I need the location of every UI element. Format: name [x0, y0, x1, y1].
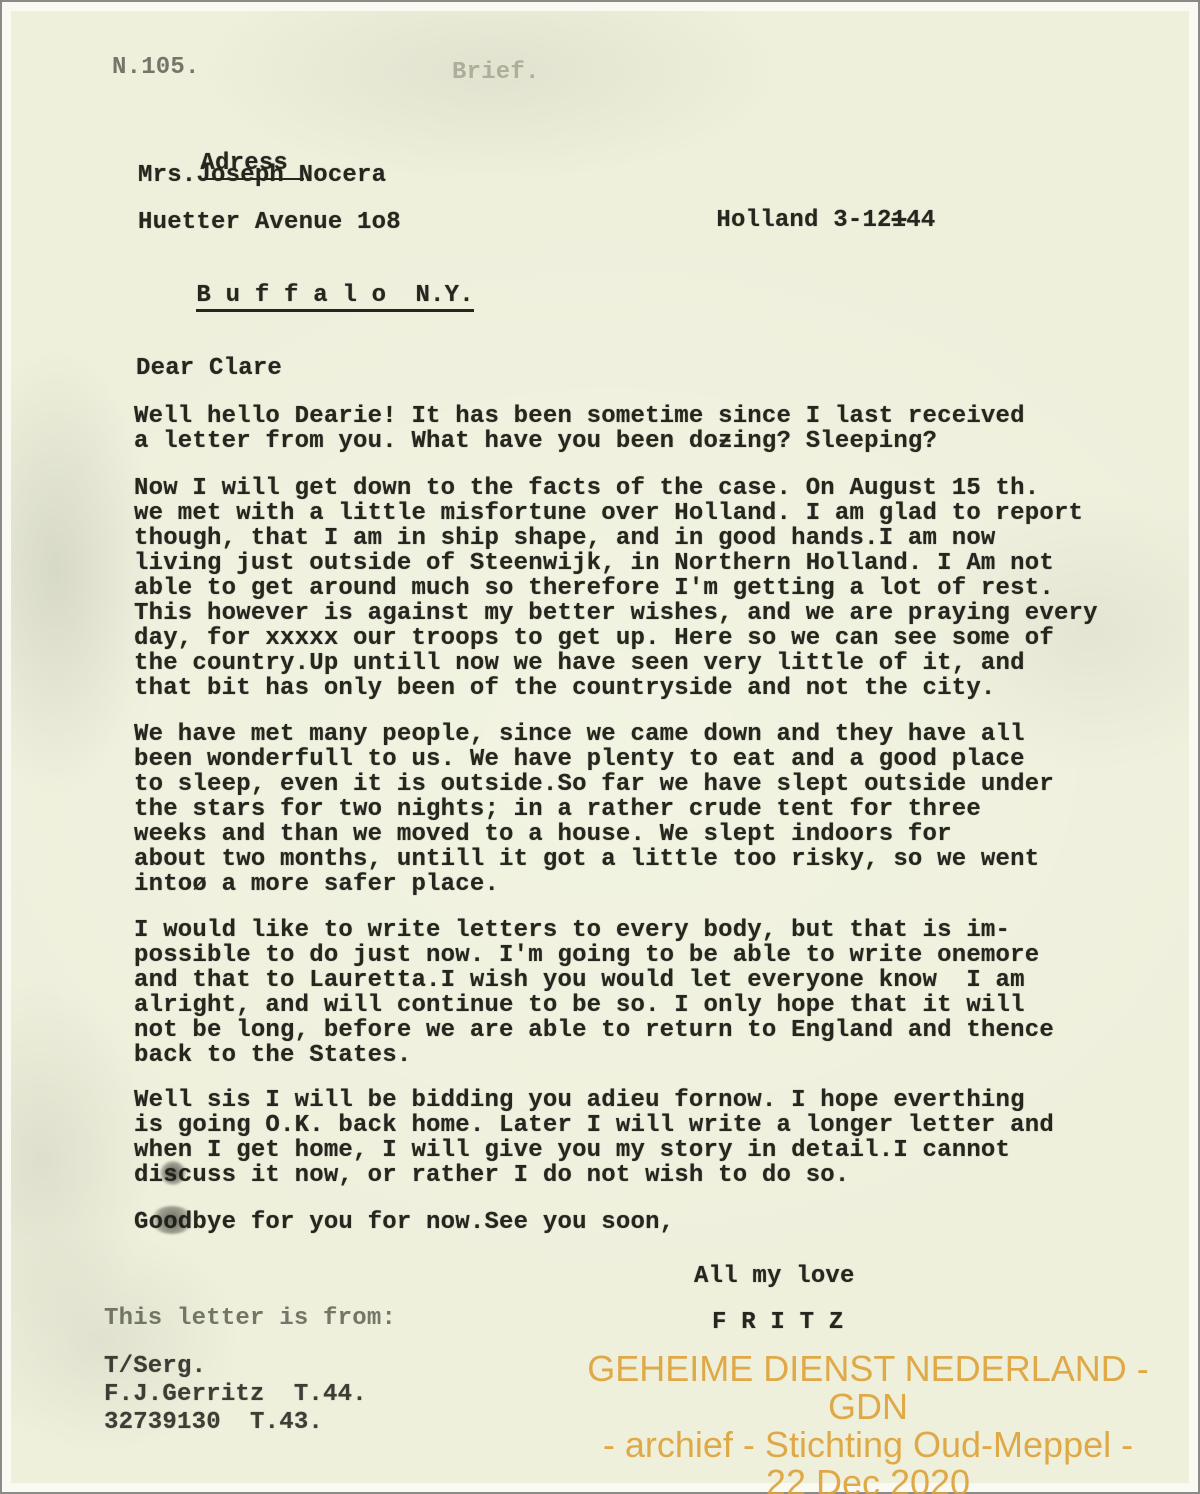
- body-paragraph-3: We have met many people, since we came d…: [134, 722, 1054, 897]
- body-paragraph-2: Now I will get down to the facts of the …: [134, 476, 1098, 701]
- document-type-label: Brief.: [452, 60, 540, 85]
- closing-line: Goodbye for you for now.See you soon,: [134, 1210, 674, 1235]
- watermark-line-1: GEHEIME DIENST NEDERLAND - GDN: [566, 1350, 1170, 1426]
- signature-name: F R I T Z: [712, 1310, 843, 1335]
- dateline-pre: Holland 3-12: [716, 207, 891, 234]
- address-street: Huetter Avenue 1o8: [138, 210, 401, 235]
- sender-service-number: 32739130 T.43.: [104, 1410, 323, 1435]
- address-recipient: Mrs.Joseph Nocera: [138, 163, 386, 188]
- address-city-line: B u f f a l o N.Y.: [138, 258, 474, 337]
- body-paragraph-5: Well sis I will be bidding you adieu for…: [134, 1088, 1054, 1188]
- address-city-text: B u f f a l o N.Y.: [196, 283, 473, 312]
- sender-rank: T/Serg.: [104, 1354, 206, 1379]
- body-paragraph-1: Well hello Dearie! It has been sometime …: [134, 404, 1025, 454]
- ink-blot-discuss: [160, 1161, 186, 1185]
- reference-number: N.105.: [112, 55, 200, 80]
- watermark-line-2: - archief - Stichting Oud-Meppel -: [566, 1426, 1170, 1464]
- scanned-letter-document: N.105. Brief. Adress Mrs.Joseph Nocera H…: [0, 0, 1200, 1494]
- ink-blot-goodbye: [150, 1206, 194, 1234]
- salutation: Dear Clare: [136, 356, 282, 381]
- dateline: Holland 3-12144: [658, 183, 935, 258]
- sender-label: This letter is from:: [104, 1306, 396, 1331]
- watermark-line-3: 22 Dec 2020: [566, 1464, 1170, 1494]
- dateline-post: 44: [906, 207, 935, 234]
- dateline-struck-char: 1: [892, 207, 907, 234]
- sender-name: F.J.Gerritz T.44.: [104, 1382, 367, 1407]
- archive-watermark: GEHEIME DIENST NEDERLAND - GDN - archief…: [566, 1350, 1170, 1494]
- body-paragraph-4: I would like to write letters to every b…: [134, 918, 1054, 1068]
- valediction: All my love: [694, 1264, 855, 1289]
